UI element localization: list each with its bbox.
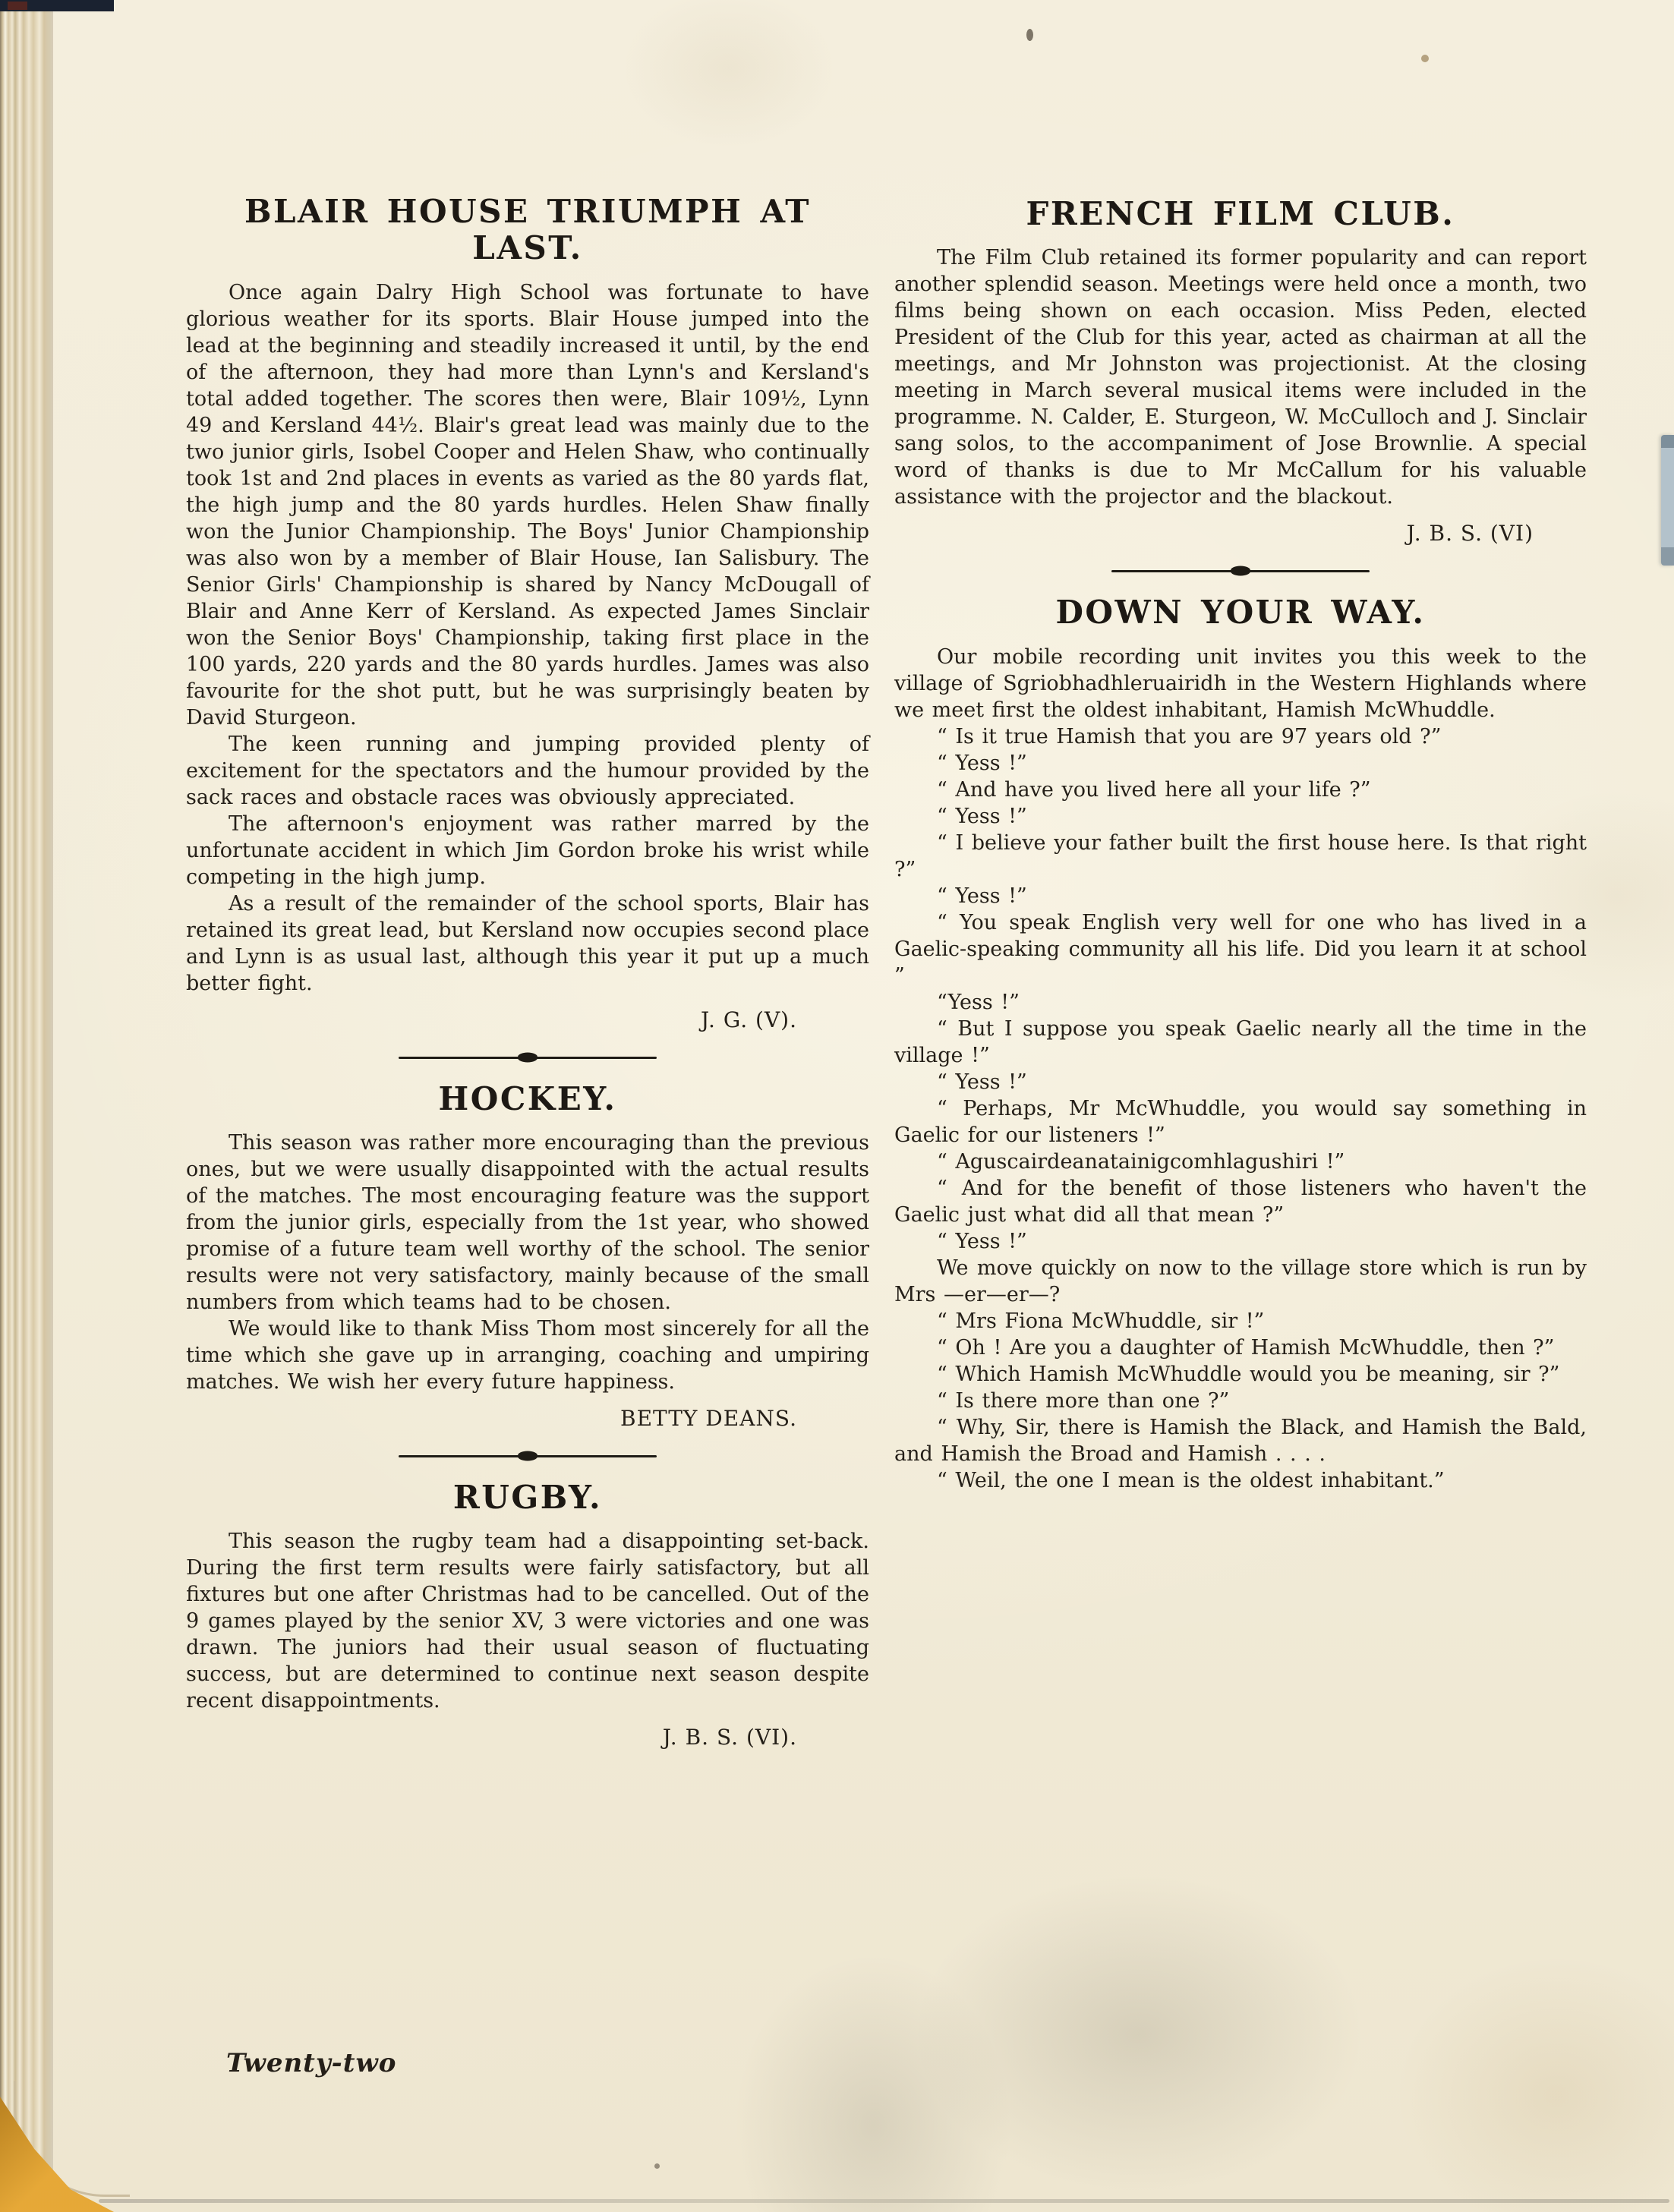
section-divider-ornament xyxy=(399,1454,657,1460)
article-paragraph: The afternoon's enjoyment was rather mar… xyxy=(186,811,869,890)
article-paragraph: “ I believe your father built the first … xyxy=(894,830,1587,883)
article-signature: J. B. S. (VI) xyxy=(894,521,1587,546)
article-paragraph: “ Yess !” xyxy=(894,883,1587,909)
article-paragraph: “ And for the benefit of those listeners… xyxy=(894,1175,1587,1228)
article-title: RUGBY. xyxy=(186,1479,869,1516)
article-signature: BETTY DEANS. xyxy=(186,1406,869,1431)
divider-diamond xyxy=(518,1451,538,1460)
article-paragraph: “ And have you lived here all your life … xyxy=(894,777,1587,803)
article-paragraph: “ Mrs Fiona McWhuddle, sir !” xyxy=(894,1308,1587,1334)
ink-speck xyxy=(1421,55,1429,62)
article-title: DOWN YOUR WAY. xyxy=(894,594,1587,631)
article-paragraph: “ Oh ! Are you a daughter of Hamish McWh… xyxy=(894,1334,1587,1361)
article-paragraph: “ You speak English very well for one wh… xyxy=(894,909,1587,989)
spine-color-patch xyxy=(8,2,27,10)
article-paragraph: “ Yess !” xyxy=(894,1228,1587,1255)
section-divider-ornament xyxy=(1111,569,1370,575)
ink-speck xyxy=(1026,29,1033,41)
article-paragraph: “ But I suppose you speak Gaelic nearly … xyxy=(894,1016,1587,1069)
article-paragraph: “ Yess !” xyxy=(894,803,1587,830)
article-paragraph: This season the rugby team had a disappo… xyxy=(186,1528,869,1714)
article-paragraph: “ Aguscairdeanatainigcomhlagushiri !” xyxy=(894,1149,1587,1175)
article-paragraph: This season was rather more encouraging … xyxy=(186,1130,869,1316)
article-signature: J. B. S. (VI). xyxy=(186,1725,869,1750)
page-bottom-edge xyxy=(99,2199,1669,2203)
article-paragraph: We would like to thank Miss Thom most si… xyxy=(186,1316,869,1395)
ink-speck xyxy=(654,2163,660,2169)
article-paragraph: “ Why, Sir, there is Hamish the Black, a… xyxy=(894,1414,1587,1467)
article-title: HOCKEY. xyxy=(186,1081,869,1117)
article-paragraph: We move quickly on now to the village st… xyxy=(894,1255,1587,1308)
article-paragraph: The Film Club retained its former popula… xyxy=(894,244,1587,510)
page-number: Twenty-two xyxy=(226,2048,396,2078)
article-paragraph: As a result of the remainder of the scho… xyxy=(186,890,869,997)
article-paragraph: Once again Dalry High School was fortuna… xyxy=(186,279,869,731)
article-paragraph: “ Is there more than one ?” xyxy=(894,1388,1587,1414)
divider-diamond xyxy=(1231,566,1250,576)
divider-diamond xyxy=(518,1052,538,1062)
article-signature: J. G. (V). xyxy=(186,1007,869,1032)
article-paragraph: “ Is it true Hamish that you are 97 year… xyxy=(894,723,1587,750)
article-paragraph: Our mobile recording unit invites you th… xyxy=(894,644,1587,723)
article-paragraph: “ Yess !” xyxy=(894,750,1587,777)
left-column: BLAIR HOUSE TRIUMPH AT LAST.Once again D… xyxy=(186,194,869,1754)
article-paragraph: The keen running and jumping provided pl… xyxy=(186,731,869,811)
article-paragraph: “ Yess !” xyxy=(894,1069,1587,1095)
article-title: BLAIR HOUSE TRIUMPH AT LAST. xyxy=(186,194,869,267)
article-paragraph: “ Which Hamish McWhuddle would you be me… xyxy=(894,1361,1587,1388)
page-stack-edge xyxy=(0,0,53,2212)
article-paragraph: “Yess !” xyxy=(894,989,1587,1016)
article-paragraph: “ Perhaps, Mr McWhuddle, you would say s… xyxy=(894,1095,1587,1149)
article-paragraph: “ Weil, the one I mean is the oldest inh… xyxy=(894,1467,1587,1494)
right-column: FRENCH FILM CLUB.The Film Club retained … xyxy=(894,196,1587,1494)
book-spine-top xyxy=(0,0,114,11)
bookmark-tab xyxy=(1661,435,1674,566)
section-divider-ornament xyxy=(399,1055,657,1061)
article-title: FRENCH FILM CLUB. xyxy=(894,196,1587,232)
